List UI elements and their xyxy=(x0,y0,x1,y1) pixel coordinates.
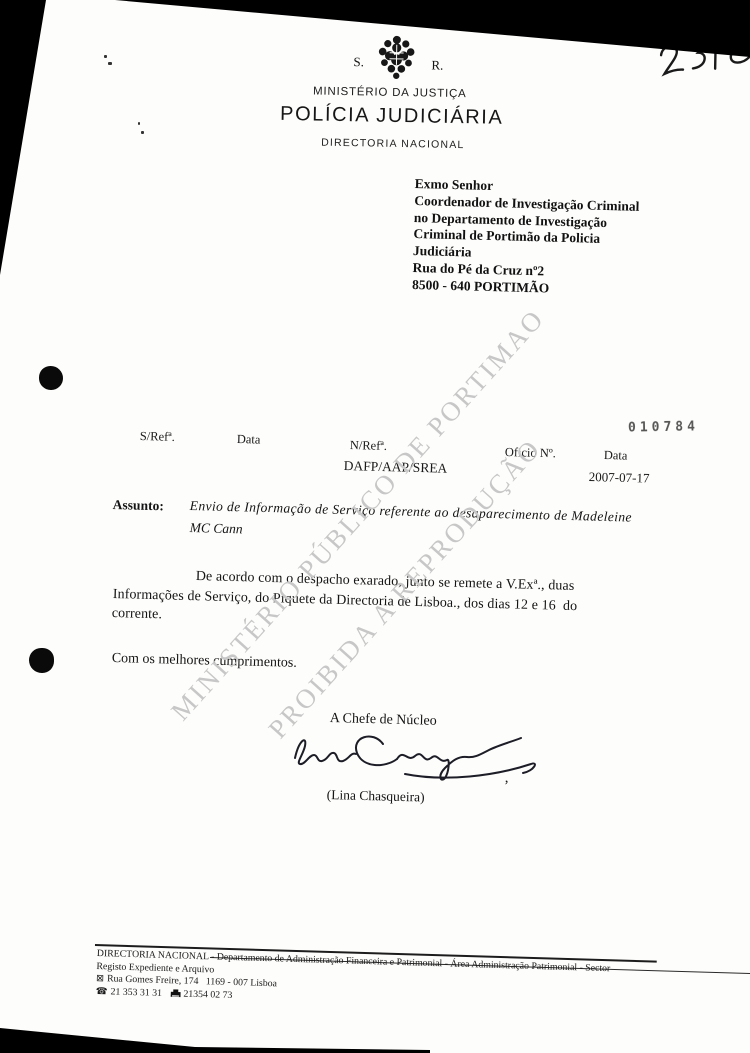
body-paragraph-line3: corrente. xyxy=(112,606,163,623)
footer-block: DIRECTORIA NACIONAL - Departamento de Ad… xyxy=(96,948,750,1018)
recipient-address-block: Exmo Senhor Coordenador de Investigação … xyxy=(412,176,685,301)
punch-hole-top xyxy=(39,366,63,390)
fax-icon xyxy=(170,989,180,997)
justice-crest-icon xyxy=(373,32,420,88)
crest-r-label: R. xyxy=(431,57,443,73)
pen-tick-mark: ’ xyxy=(504,778,509,795)
oficio-number-stamp: 010784 xyxy=(628,419,699,435)
phone-icon: ☎ xyxy=(96,986,108,997)
date-label: Data xyxy=(604,448,628,464)
subject-text-line1: Envio de Informação de Serviço referente… xyxy=(190,498,633,526)
dust-speck xyxy=(108,62,112,65)
handwritten-page-number xyxy=(656,36,750,84)
dust-speck xyxy=(141,131,144,134)
sender-ref-label: S/Refª. xyxy=(140,429,175,445)
dust-speck xyxy=(138,122,140,125)
our-ref-label: N/Refª. xyxy=(350,438,388,454)
subject-label: Assunto: xyxy=(113,497,164,514)
envelope-icon: ⊠ xyxy=(96,973,104,984)
punch-hole-bottom xyxy=(29,648,54,673)
handwritten-signature xyxy=(287,722,549,791)
scan-edge-bottom-left xyxy=(0,1023,440,1053)
dust-speck xyxy=(104,55,107,58)
crest-s-label: S. xyxy=(353,54,364,70)
scanned-letter-page: { "header": { "s_label": "S.", "r_label"… xyxy=(0,0,750,1053)
footer-fax-number: 21354 02 73 xyxy=(183,988,232,1000)
letterhead-crest-row: S. R. xyxy=(349,32,460,84)
date-value: 2007-07-17 xyxy=(589,469,650,487)
sender-ref-date-label: Data xyxy=(237,432,261,448)
division-title: DIRECTORIA NACIONAL xyxy=(0,131,750,157)
subject-text-line2: MC Cann xyxy=(190,520,243,537)
organization-title: POLÍCIA JUDICIÁRIA xyxy=(0,98,750,135)
footer-phone-number: 21 353 31 31 xyxy=(110,986,162,999)
typed-signer-name: (Lina Chasqueira) xyxy=(327,787,425,806)
paper-sheet: MINISTÉRIO PÚBLICO DE PORTIMAO PROIBIDA … xyxy=(0,0,750,1053)
